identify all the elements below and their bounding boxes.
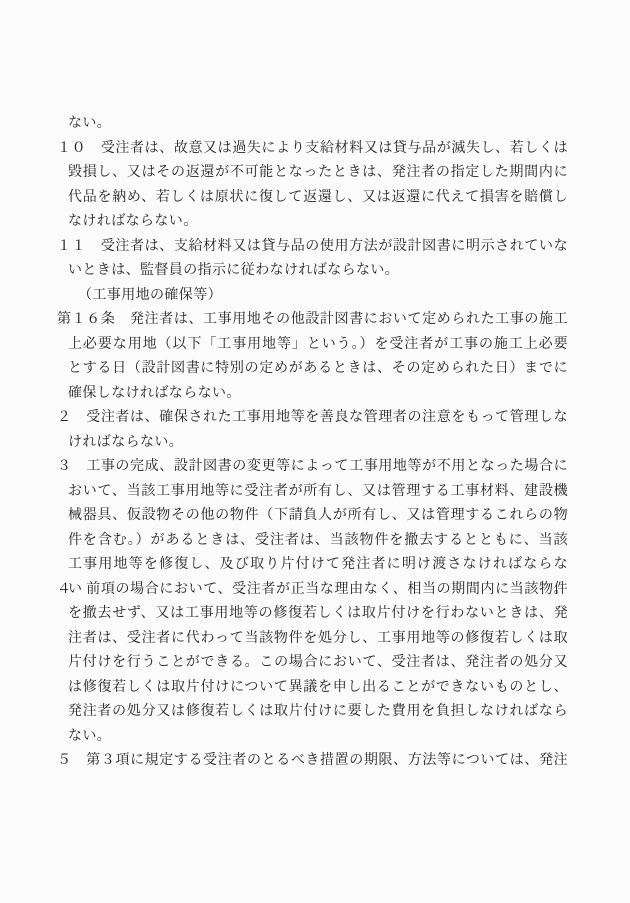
- document-line: 確保しなければならない。: [57, 382, 568, 407]
- document-line: １１ 受注者は、支給材料又は貸与品の使用方法が設計図書に明示されていな: [57, 235, 568, 260]
- document-line: 代品を納め、若しくは原状に復して返還し、又は返還に代えて損害を賠償し: [57, 186, 568, 211]
- document-line: ない。: [57, 725, 568, 750]
- document-line: 第１６条 発注者は、工事用地その他設計図書において定められた工事の施工: [57, 308, 568, 333]
- document-line: を撤去せず、又は工事用地等の修復若しくは取片付けを行わないときは、発: [57, 602, 568, 627]
- document-line: ５ 第３項に規定する受注者のとるべき措置の期限、方法等については、発注: [57, 749, 568, 774]
- document-line: １０ 受注者は、故意又は過失により支給材料又は貸与品が滅失し、若しくは: [57, 137, 568, 162]
- document-line: 上必要な用地（以下「工事用地等」という。）を受注者が工事の施工上必要: [57, 333, 568, 358]
- document-line: なければならない。: [57, 210, 568, 235]
- document-line: 工事用地等を修復し、及び取り片付けて発注者に明け渡さなければならない。: [57, 553, 568, 578]
- document-line: 件を含む。）があるときは、受注者は、当該物件を撤去するとともに、当該: [57, 529, 568, 554]
- document-line: ２ 受注者は、確保された工事用地等を善良な管理者の注意をもって管理しな: [57, 406, 568, 431]
- document-line: ４ 前項の場合において、受注者が正当な理由なく、相当の期間内に当該物件: [57, 578, 568, 603]
- document-line: 毀損し、又はその返還が不可能となったときは、発注者の指定した期間内に: [57, 161, 568, 186]
- document-page: ない。１０ 受注者は、故意又は過失により支給材料又は貸与品が滅失し、若しくは毀損…: [0, 0, 630, 903]
- document-line: ない。: [57, 112, 568, 137]
- document-line: 注者は、受注者に代わって当該物件を処分し、工事用地等の修復若しくは取: [57, 627, 568, 652]
- document-line: （工事用地の確保等）: [57, 284, 568, 309]
- document-line: は修復若しくは取片付けについて異議を申し出ることができないものとし、: [57, 676, 568, 701]
- document-line: 械器具、仮設物その他の物件（下請負人が所有し、又は管理するこれらの物: [57, 504, 568, 529]
- document-line: 発注者の処分又は修復若しくは取片付けに要した費用を負担しなければなら: [57, 700, 568, 725]
- document-line: とする日（設計図書に特別の定めがあるときは、その定められた日）までに: [57, 357, 568, 382]
- document-line: ３ 工事の完成、設計図書の変更等によって工事用地等が不用となった場合に: [57, 455, 568, 480]
- document-line: いときは、監督員の指示に従わなければならない。: [57, 259, 568, 284]
- document-line: 片付けを行うことができる。この場合において、受注者は、発注者の処分又: [57, 651, 568, 676]
- document-line: ければならない。: [57, 431, 568, 456]
- document-text-block: ない。１０ 受注者は、故意又は過失により支給材料又は貸与品が滅失し、若しくは毀損…: [57, 112, 568, 774]
- document-line: おいて、当該工事用地等に受注者が所有し、又は管理する工事材料、建設機: [57, 480, 568, 505]
